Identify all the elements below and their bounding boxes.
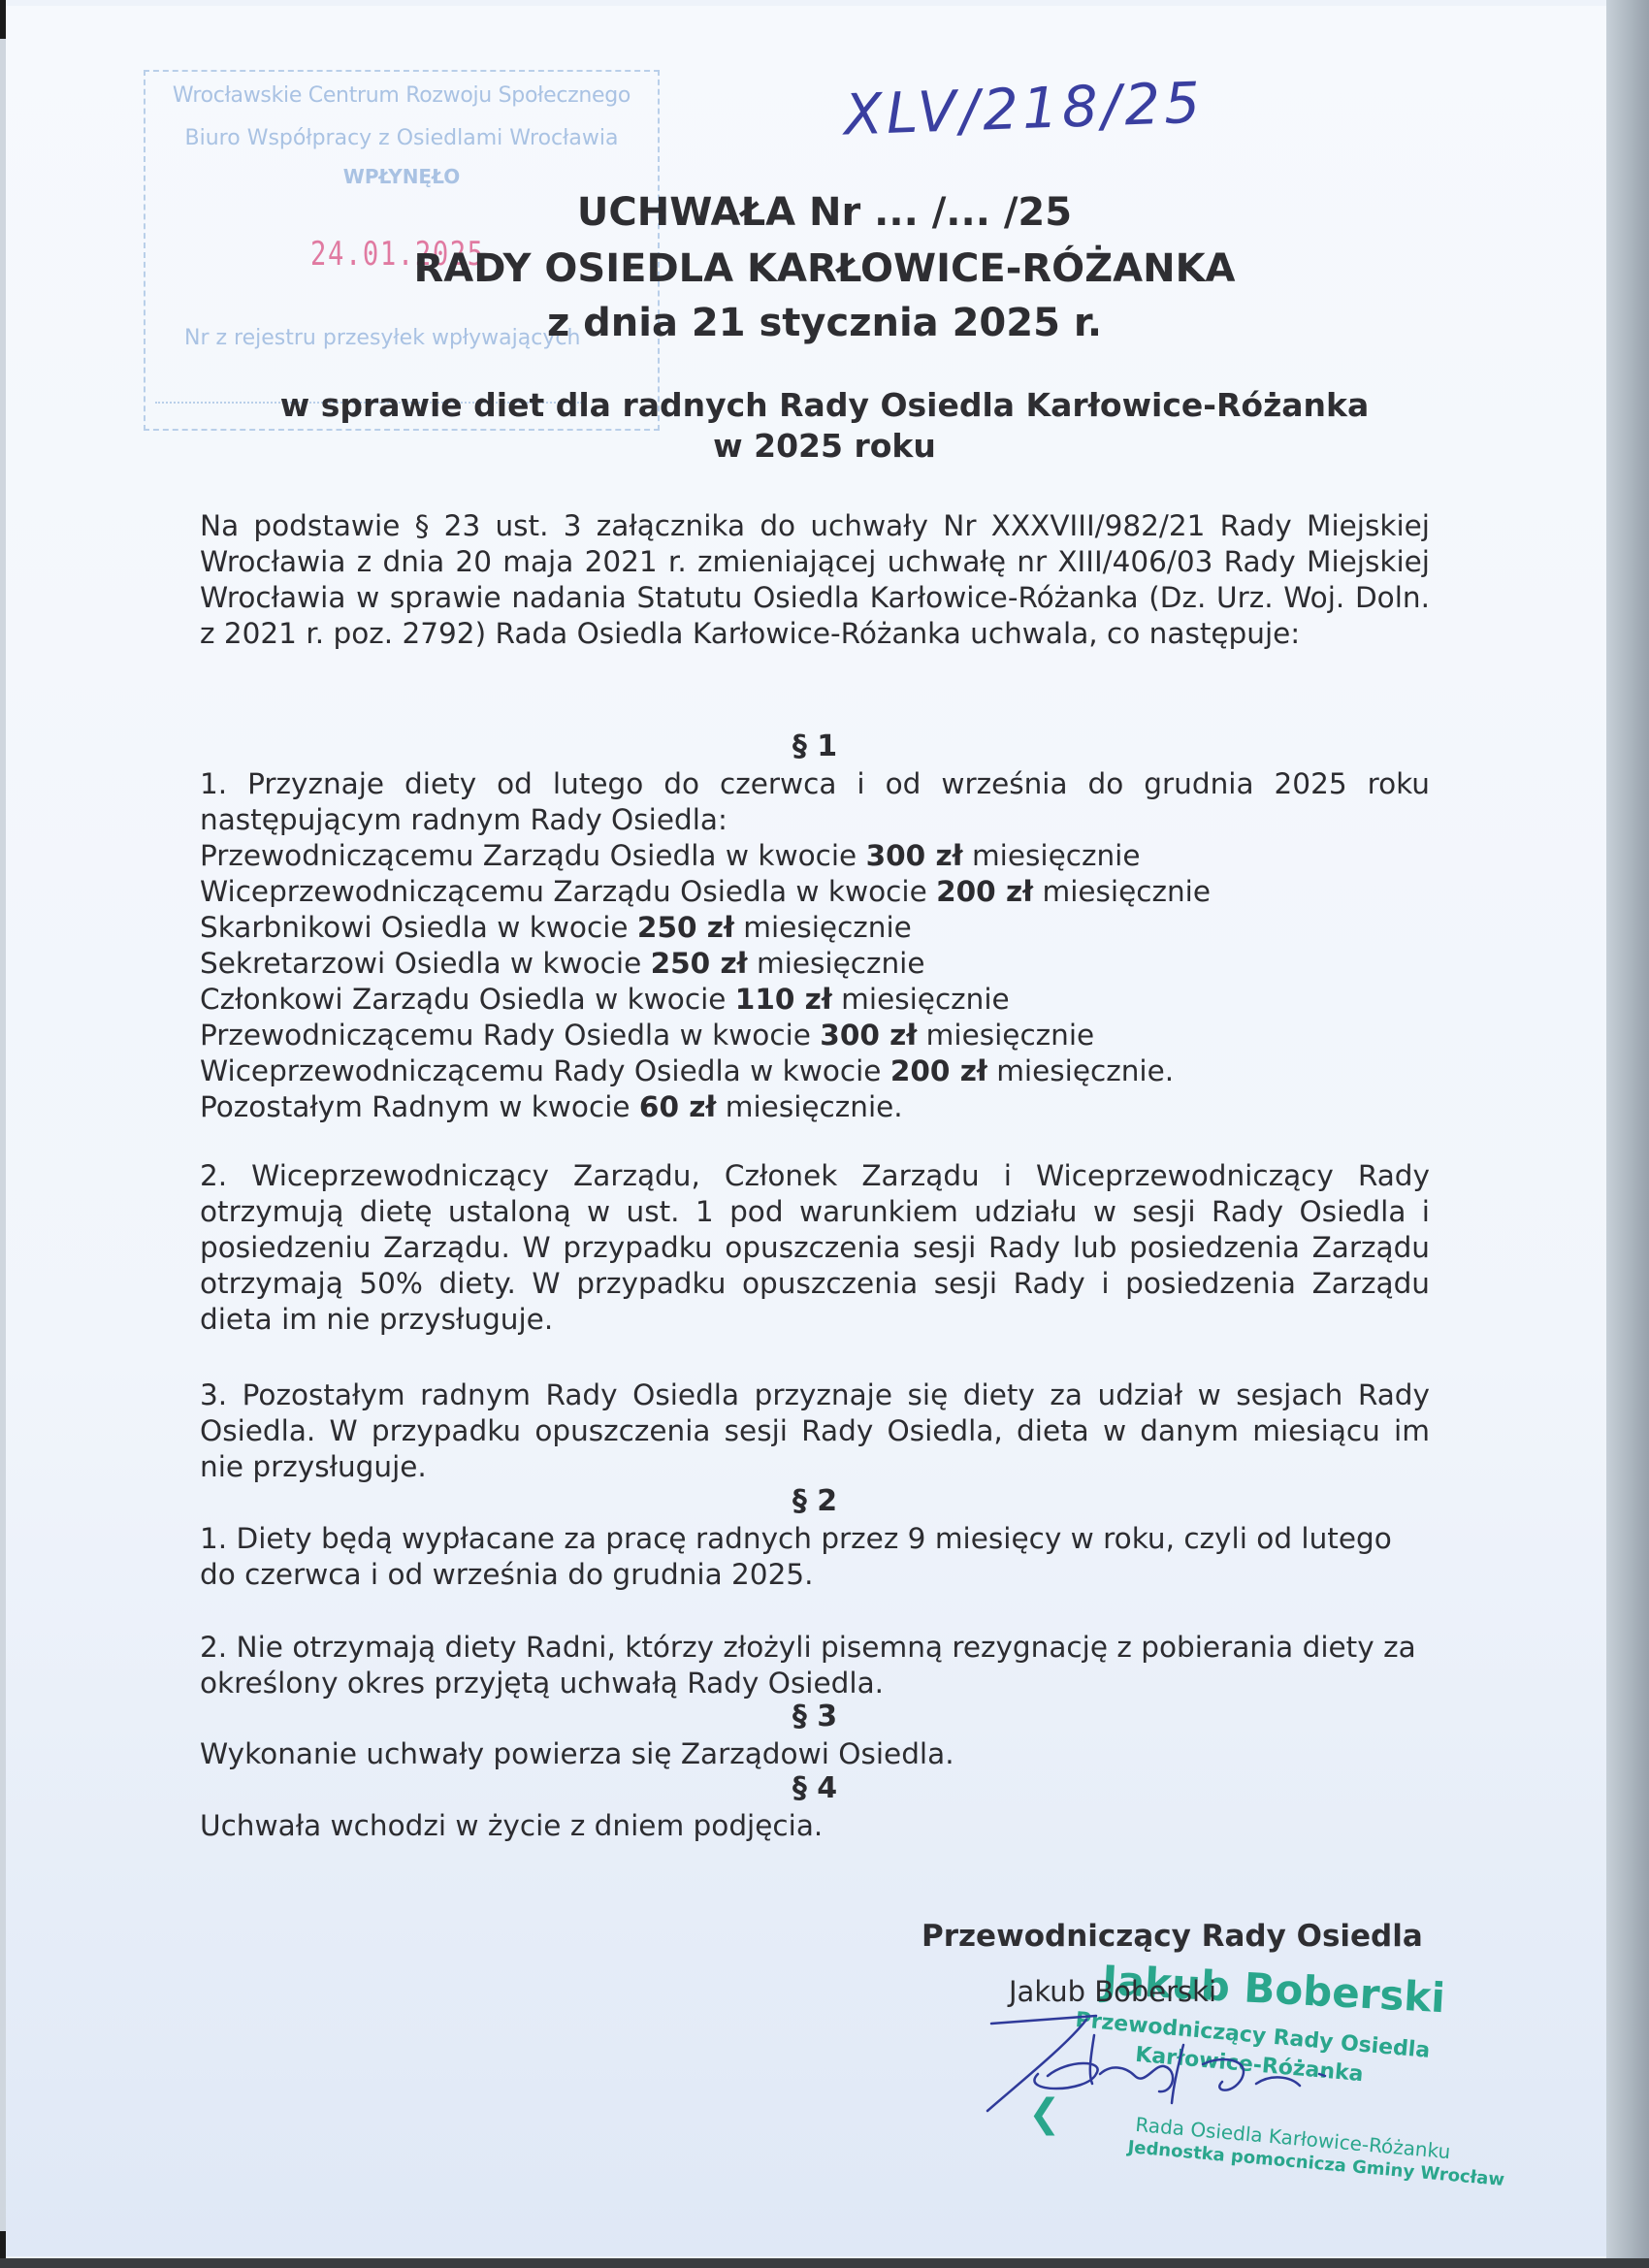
allowance-item: Skarbnikowi Osiedla w kwocie 250 zł mies… — [200, 910, 1430, 946]
section-4-heading: § 4 — [200, 1771, 1430, 1805]
resolution-subject-line-2: w 2025 roku — [145, 427, 1503, 465]
allowance-amount: 110 zł — [735, 983, 832, 1016]
stamp-line-2: Biuro Współpracy z Osiedlami Wrocławia — [145, 126, 658, 150]
resolution-council: RADY OSIEDLA KARŁOWICE-RÓŻANKA — [145, 246, 1503, 291]
allowance-item: Członkowi Zarządu Osiedla w kwocie 110 z… — [200, 982, 1430, 1018]
resolution-subject-line-1: w sprawie diet dla radnych Rady Osiedla … — [145, 386, 1503, 424]
section-2-paragraph-1: 1. Diety będą wypłacane za pracę radnych… — [200, 1521, 1430, 1593]
section-1-paragraph-3: 3. Pozostałym radnym Rady Osiedla przyzn… — [200, 1377, 1430, 1485]
allowance-item: Pozostałym Radnym w kwocie 60 zł miesięc… — [200, 1089, 1430, 1125]
section-1-paragraph-1: 1. Przyznaje diety od lutego do czerwca … — [200, 766, 1430, 838]
section-1-heading: § 1 — [200, 729, 1430, 763]
allowance-amount: 200 zł — [936, 875, 1033, 908]
signatory-title: Przewodniczący Rady Osiedla — [921, 1919, 1423, 1954]
section-3-heading: § 3 — [200, 1700, 1430, 1733]
section-1-paragraph-2: 2. Wiceprzewodniczący Zarządu, Członek Z… — [200, 1158, 1430, 1338]
handwritten-resolution-number: XLV/218/25 — [843, 70, 1205, 148]
section-4-text: Uchwała wchodzi w życie z dniem podjęcia… — [200, 1808, 1430, 1844]
scanner-edge-right — [1606, 0, 1649, 2268]
allowance-amount: 200 zł — [890, 1054, 987, 1087]
allowance-amount: 250 zł — [651, 947, 748, 980]
allowance-amount: 60 zł — [639, 1090, 716, 1123]
handwritten-signature-icon — [980, 2006, 1387, 2122]
allowance-amount: 250 zł — [637, 911, 734, 944]
allowance-item: Wiceprzewodniczącemu Zarządu Osiedla w k… — [200, 874, 1430, 910]
allowance-item: Przewodniczącemu Zarządu Osiedla w kwoci… — [200, 838, 1430, 874]
preamble: Na podstawie § 23 ust. 3 załącznika do u… — [200, 508, 1430, 652]
resolution-date: z dnia 21 stycznia 2025 r. — [145, 301, 1503, 345]
resolution-title: UCHWAŁA Nr ... /... /25 — [145, 190, 1503, 235]
allowance-item: Przewodniczącemu Rady Osiedla w kwocie 3… — [200, 1018, 1430, 1053]
allowances-list: Przewodniczącemu Zarządu Osiedla w kwoci… — [200, 838, 1430, 1125]
stamp-line-1: Wrocławskie Centrum Rozwoju Społecznego — [145, 83, 658, 108]
signatory-name: Jakub Boberski — [1009, 1975, 1216, 2008]
section-3-text: Wykonanie uchwały powierza się Zarządowi… — [200, 1736, 1430, 1772]
allowance-item: Wiceprzewodniczącemu Rady Osiedla w kwoc… — [200, 1053, 1430, 1089]
allowance-item: Sekretarzowi Osiedla w kwocie 250 zł mie… — [200, 946, 1430, 982]
allowance-amount: 300 zł — [820, 1019, 917, 1052]
section-2-paragraph-2: 2. Nie otrzymają diety Radni, którzy zło… — [200, 1630, 1430, 1701]
scanner-edge-bottom — [0, 2258, 1649, 2268]
section-2-heading: § 2 — [200, 1484, 1430, 1518]
stamp-line-3: WPŁYNĘŁO — [145, 165, 658, 188]
allowance-amount: 300 zł — [866, 839, 963, 872]
